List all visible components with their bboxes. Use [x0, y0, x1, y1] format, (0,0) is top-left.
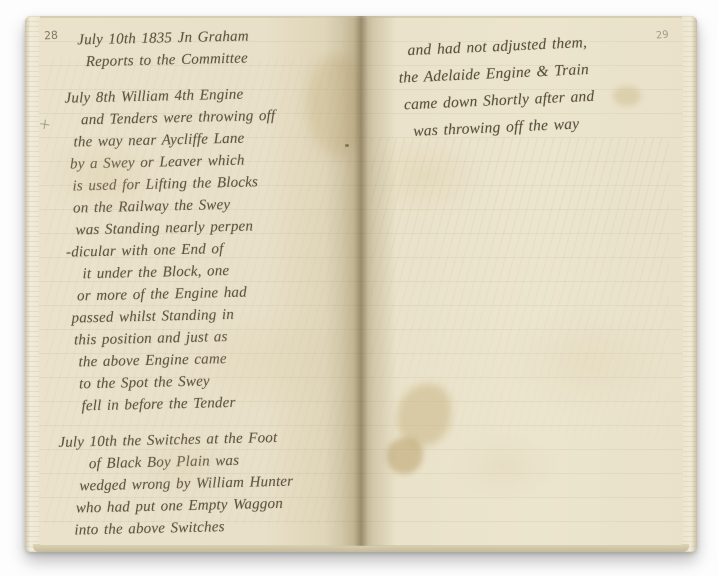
- stain: [387, 438, 423, 474]
- page-edge-right: [682, 16, 697, 552]
- manuscript-text: July 10th 1835 Jn Graham Reports to the …: [49, 23, 361, 542]
- notebook: 28 + July 10th 1835 Jn Graham Reports to…: [25, 16, 697, 552]
- page-edge-left: [25, 16, 40, 552]
- right-page: 29 and had not adjusted them, the Adelai…: [361, 18, 683, 545]
- photo-background: 28 + July 10th 1835 Jn Graham Reports to…: [0, 0, 718, 576]
- manuscript-text: and had not adjusted them, the Adelaide …: [389, 25, 682, 146]
- stain: [397, 384, 451, 446]
- manuscript-entry: July 10th 1835 Jn Graham Reports to the …: [49, 23, 356, 74]
- ink-show-through: [371, 138, 669, 438]
- left-page: 28 + July 10th 1835 Jn Graham Reports to…: [39, 18, 361, 545]
- manuscript-entry: July 10th the Switches at the Foot of Bl…: [58, 425, 361, 542]
- manuscript-entry: July 8th William 4th Engine and Tenders …: [50, 81, 361, 418]
- page-edge-bottom: [33, 544, 689, 552]
- manuscript-entry: and had not adjusted them, the Adelaide …: [389, 25, 682, 146]
- pencil-cross-mark: +: [39, 113, 52, 137]
